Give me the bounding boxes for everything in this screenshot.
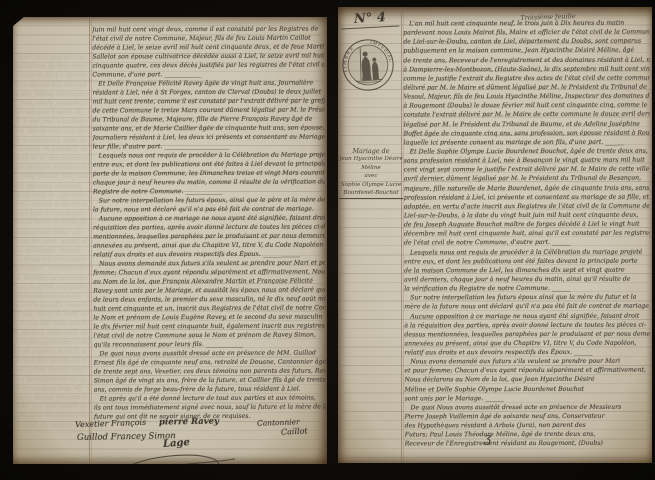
signature: Vexetier François [75,418,146,429]
manuscript-line: Journaliers résidant à Liel, les deux ic… [16,163,87,172]
manuscript-line: Juin mil huit cent vingt deux, comme il … [16,53,87,62]
manuscript-line: publiquement en la maison commune, Jean … [403,46,649,56]
manuscript-line: Ernest fils âgé de cinquante neuf ans, r… [16,393,87,402]
manuscript-line: Sallelot son épouse cultivatrice décédée… [16,81,87,90]
manuscript-line: De quoi Nous avons aussitôt dressé acte … [405,402,651,412]
manuscript-line: annexées au présent, ainsi que du Chapit… [16,274,87,283]
right-page-text: L'an mil huit cent cinquante neuf, le tr… [403,19,650,449]
manuscript-line: Bourdenet-Bouchot [339,189,403,199]
manuscript-line: leur fille, d'autre part. ______________… [16,172,87,181]
manuscript-line: et pour femme; Chacun d'eux ayant répond… [404,366,650,376]
imperial-stamp-icon: TIMBRE IMPERIAL [336,33,399,98]
right-page: N° 4 TIMBRE IMPERIAL [338,7,652,463]
manuscript-line: cinquante quatre, ces deux décès justifi… [16,90,87,99]
manuscript-line: Registre de notre Commune. ____________ [16,218,87,227]
manuscript-line: soixante ans, et de Marie Caillier âgée … [16,154,87,163]
manuscript-line: résidant à Liel, née à St Forges, canton… [16,117,87,126]
manuscript-line: légalisé par M. le Président du Tribunal… [404,119,650,129]
manuscript-line: annexées au présent, ainsi que du Chapit… [404,338,650,348]
manuscript-line: décembre mil huit cent cinquante huit, a… [404,229,650,239]
manuscript-line: la future, nous ont déclaré qu'il n'a pa… [16,237,87,246]
manuscript-line: mère de la future nous ont déclaré qu'il… [404,302,650,312]
signature: Caillot [281,426,308,436]
left-page-text: Juin mil huit cent vingt deux, comme il … [92,24,326,421]
manuscript-line: Et Delle Françoise Félicité Ravey âgée d… [16,108,87,117]
signature: pierre Ravey [159,416,219,427]
manuscript-line: de trente sept ans, Vexetier, ces deux t… [16,402,87,411]
manuscript-line: avril dernier, dûment légalisé par M. le… [404,174,650,184]
manuscript-line: Receveur de l'Enregistrement résidant au… [405,439,651,449]
manuscript-line: Ravey sont unis par le Mariage, et aussi… [16,319,87,328]
manuscript-line: au Nom de la loi, que François Alexandre… [16,310,87,319]
manuscript-line: chaque jour à neuf heures du matin, comm… [16,209,87,218]
register-scan: Juin mil huit cent vingt deux, comme il … [0,0,655,480]
manuscript-line: qu'ils reconnaissent pour leurs fils. __… [16,375,87,384]
manuscript-line: Commune, d'une part. ____________ [16,99,87,108]
manuscript-line: cinquante quatre, ces deux décès justifi… [92,60,324,70]
manuscript-line: femme; Chacun d'eux ayant répondu séparé… [16,301,87,310]
manuscript-line: Sophie Olympe Lucie [339,181,403,189]
manuscript-line: mentionnées, lesquelles paraphées par le… [16,264,87,273]
manuscript-line: Aucune opposition à ce mariage ne nous a… [16,246,87,255]
manuscript-line: mil huit cent trente, comme il est const… [16,127,87,136]
manuscript-line: le dix février mil huit cent cinquante h… [16,356,87,365]
manuscript-line: Méline [339,164,403,172]
left-page: Juin mil huit cent vingt deux, comme il … [13,17,327,464]
manuscript-line: avril derniers, chaque jour à neuf heure… [404,275,650,285]
act-number: N° 4 [341,9,400,29]
margin-rule [401,7,402,463]
manuscript-line: constate l'extrait délivré par M. le Mai… [404,110,650,120]
margin-rule [89,17,90,464]
signature: Guillod Francey Simon [77,431,176,443]
marriage-margin-note: Mariage deJean Hyacinthe DésiréMélineave… [339,147,403,199]
manuscript-line: Sur notre interpellation les futurs épou… [16,228,87,237]
manuscript-line: Lesquels nous ont requis de procéder à l… [16,182,87,191]
manuscript-line: le Nom et prénom de Louis Eugène Ravey, … [16,347,87,356]
manuscript-line: de trente ans, Receveur de l'enregistrem… [403,55,649,65]
manuscript-line: Simon âgé de vingt six ans, frère de la … [16,411,87,420]
manuscript-line: de cette Commune le treize Mars courant … [16,136,87,145]
manuscript-line: l'état civil de notre Commune, Majeur, f… [16,62,87,71]
bleed-through-text: Juin mil huit cent vingt deux, comme il … [16,53,87,433]
manuscript-line: Jean Hyacinthe Désiré [339,155,403,163]
manuscript-line: Lesquels nous ont requis de procéder à l… [404,247,650,257]
manuscript-line: porte de la maison Commune, les Dimanche… [16,200,87,209]
manuscript-line: avec [339,172,403,180]
manuscript-line: décédé à Liel, le seize avril mil huit c… [16,71,87,80]
manuscript-line: l'état civil de notre Commune sous le No… [16,365,87,374]
signature-flourish-icon [121,447,241,477]
officer-paraph: ʒ [483,431,491,446]
manuscript-line: majeure, fille naturelle de Marie Bourde… [404,183,650,193]
manuscript-line: entre eux, et dont les publications ont … [16,191,87,200]
manuscript-line: de leurs deux enfants, le premier du sex… [16,329,87,338]
manuscript-line: De quoi nous avons aussitôt dressé acte … [16,384,87,393]
manuscript-line: réquisition des parties, après avoir don… [16,255,87,264]
manuscript-line: du Tribunal de Baume, Majeure, fille de … [16,145,87,154]
manuscript-line: Aucune opposition à ce mariage ne nous a… [404,311,650,321]
manuscript-line: Nous avons demandé aux futurs s'ils veul… [16,292,87,301]
manuscript-line: relatif aux droits et aux devoirs respec… [16,283,87,292]
manuscript-line: Mariage de [339,147,403,155]
manuscript-line: huit cent cinquante et un, inscrit aux R… [16,338,87,347]
